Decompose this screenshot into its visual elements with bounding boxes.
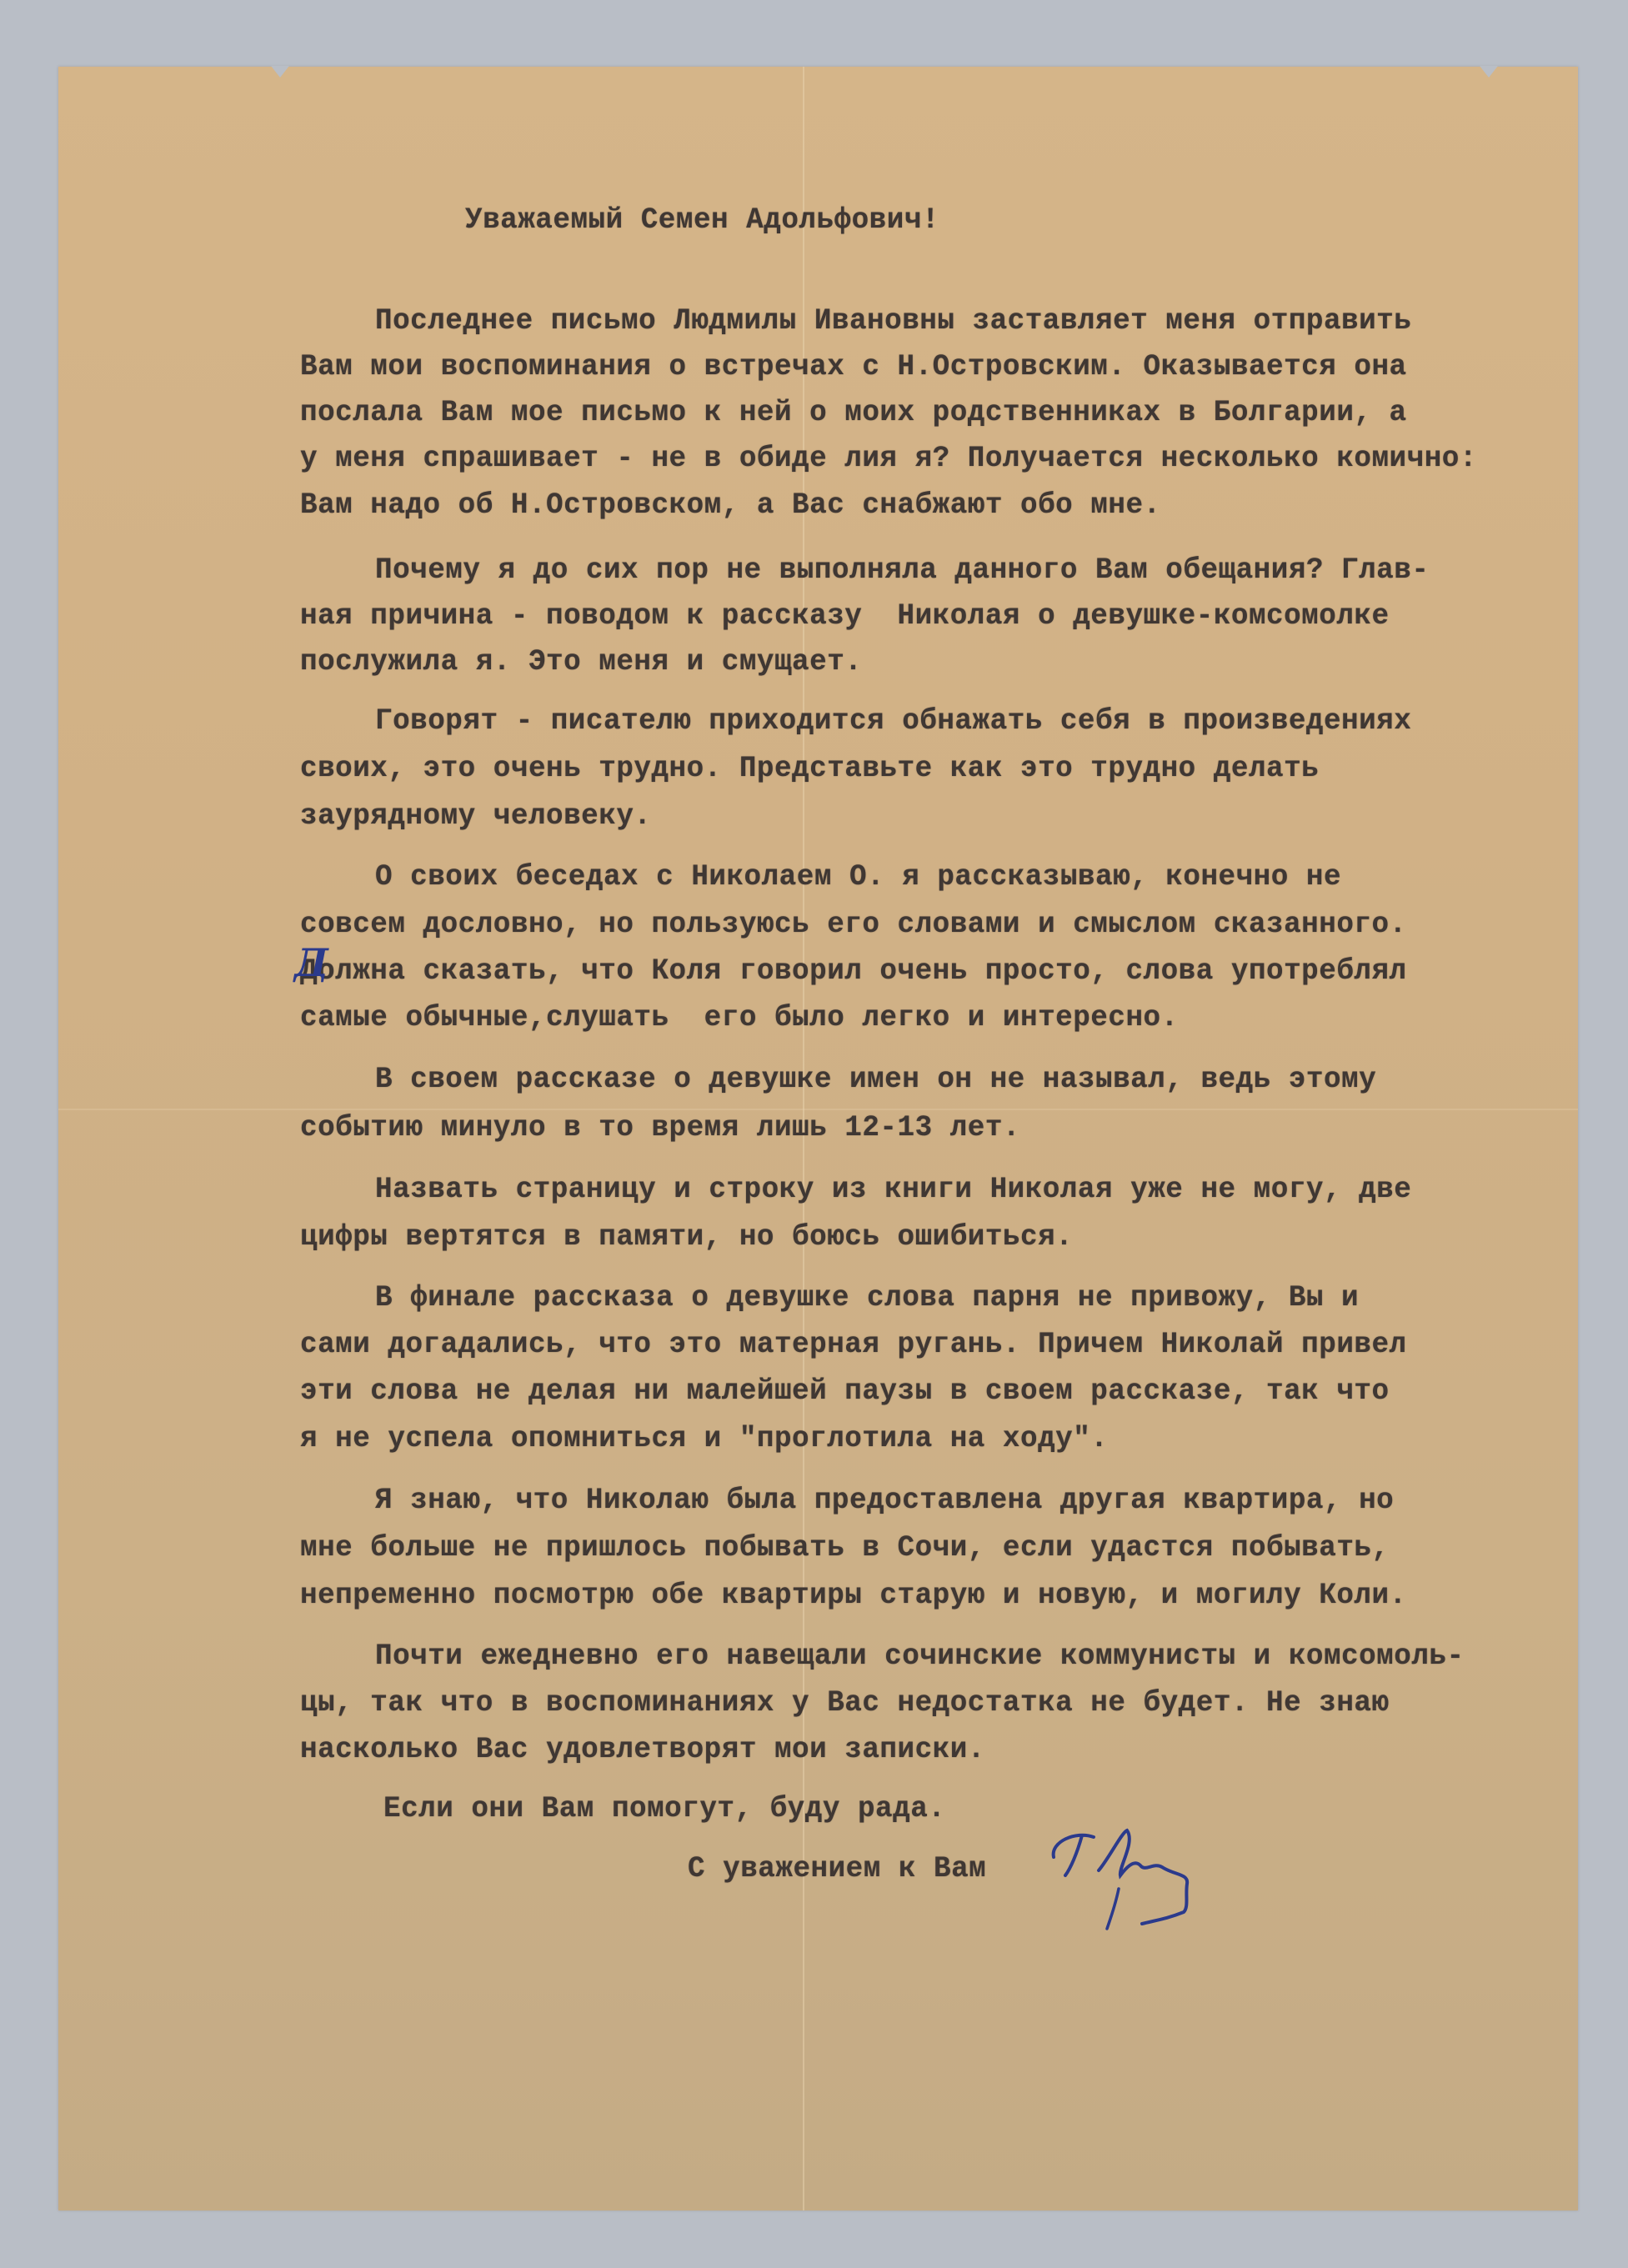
salutation: Уважаемый Семен Адольфович! xyxy=(465,206,939,235)
paragraph-7-line-2: сами догадались, что это матерная ругань… xyxy=(300,1330,1407,1359)
paragraph-9-line-2: цы, так что в воспоминаниях у Вас недост… xyxy=(300,1689,1390,1718)
paragraph-5-line-1: В своем рассказе о девушке имен он не на… xyxy=(375,1065,1376,1094)
paragraph-2-line-2: ная причина - поводом к рассказу Николая… xyxy=(300,602,1390,631)
paragraph-7-line-4: я не успела опомниться и "проглотила на … xyxy=(300,1424,1108,1454)
paragraph-1-line-1: Последнее письмо Людмилы Ивановны застав… xyxy=(375,307,1411,336)
closing: С уважением к Вам xyxy=(688,1855,986,1884)
paragraph-1-line-5: Вам надо об Н.Островском, а Вас снабжают… xyxy=(300,491,1161,520)
paper-tear-notch xyxy=(271,66,289,78)
paragraph-8-line-2: мне больше не пришлось побывать в Сочи, … xyxy=(300,1534,1390,1563)
paragraph-2-line-3: послужила я. Это меня и смущает. xyxy=(300,648,862,677)
paragraph-1-line-3: послала Вам мое письмо к ней о моих родс… xyxy=(300,398,1407,428)
paragraph-3-line-2: своих, это очень трудно. Представьте как… xyxy=(300,754,1319,784)
paragraph-4-line-2: совсем дословно, но пользуюсь его словам… xyxy=(300,910,1407,939)
paragraph-1-line-2: Вам мои воспоминания о встречах с Н.Остр… xyxy=(300,353,1407,382)
paragraph-6-line-2: цифры вертятся в памяти, но боюсь ошибит… xyxy=(300,1223,1073,1252)
paragraph-8-line-3: непременно посмотрю обе квартиры старую … xyxy=(300,1581,1407,1610)
paragraph-1-line-4: у меня спрашивает - не в обиде лия я? По… xyxy=(300,444,1477,473)
paragraph-5-line-2: событию минуло в то время лишь 12-13 лет… xyxy=(300,1114,1020,1143)
pen-correction-mark: Д xyxy=(294,940,328,985)
paragraph-9-line-1: Почти ежедневно его навещали сочинские к… xyxy=(375,1642,1465,1671)
paper-tear-notch xyxy=(1480,66,1498,78)
paragraph-9-line-3: насколько Вас удовлетворят мои записки. xyxy=(300,1735,985,1765)
paragraph-3-line-1: Говорят - писателю приходится обнажать с… xyxy=(375,707,1411,736)
paragraph-6-line-1: Назвать страницу и строку из книги Никол… xyxy=(375,1175,1411,1204)
paragraph-4-line-1: О своих беседах с Николаем О. я рассказы… xyxy=(375,863,1341,892)
paragraph-4-line-4: самые обычные,слушать его было легко и и… xyxy=(300,1004,1179,1033)
paragraph-2-line-1: Почему я до сих пор не выполняла данного… xyxy=(375,556,1429,585)
paragraph-7-line-1: В финале рассказа о девушке слова парня … xyxy=(375,1284,1359,1313)
signature-icon xyxy=(1042,1825,1209,1950)
paragraph-10-line-1: Если они Вам помогут, буду рада. xyxy=(383,1795,945,1824)
fold-crease-horizontal xyxy=(58,1109,1578,1110)
paragraph-7-line-3: эти слова не делая ни малейшей паузы в с… xyxy=(300,1377,1390,1406)
paragraph-8-line-1: Я знаю, что Николаю была предоставлена д… xyxy=(375,1486,1394,1515)
paragraph-3-line-3: заурядному человеку. xyxy=(300,802,651,831)
paragraph-4-line-3: Должна сказать, что Коля говорил очень п… xyxy=(300,957,1407,986)
